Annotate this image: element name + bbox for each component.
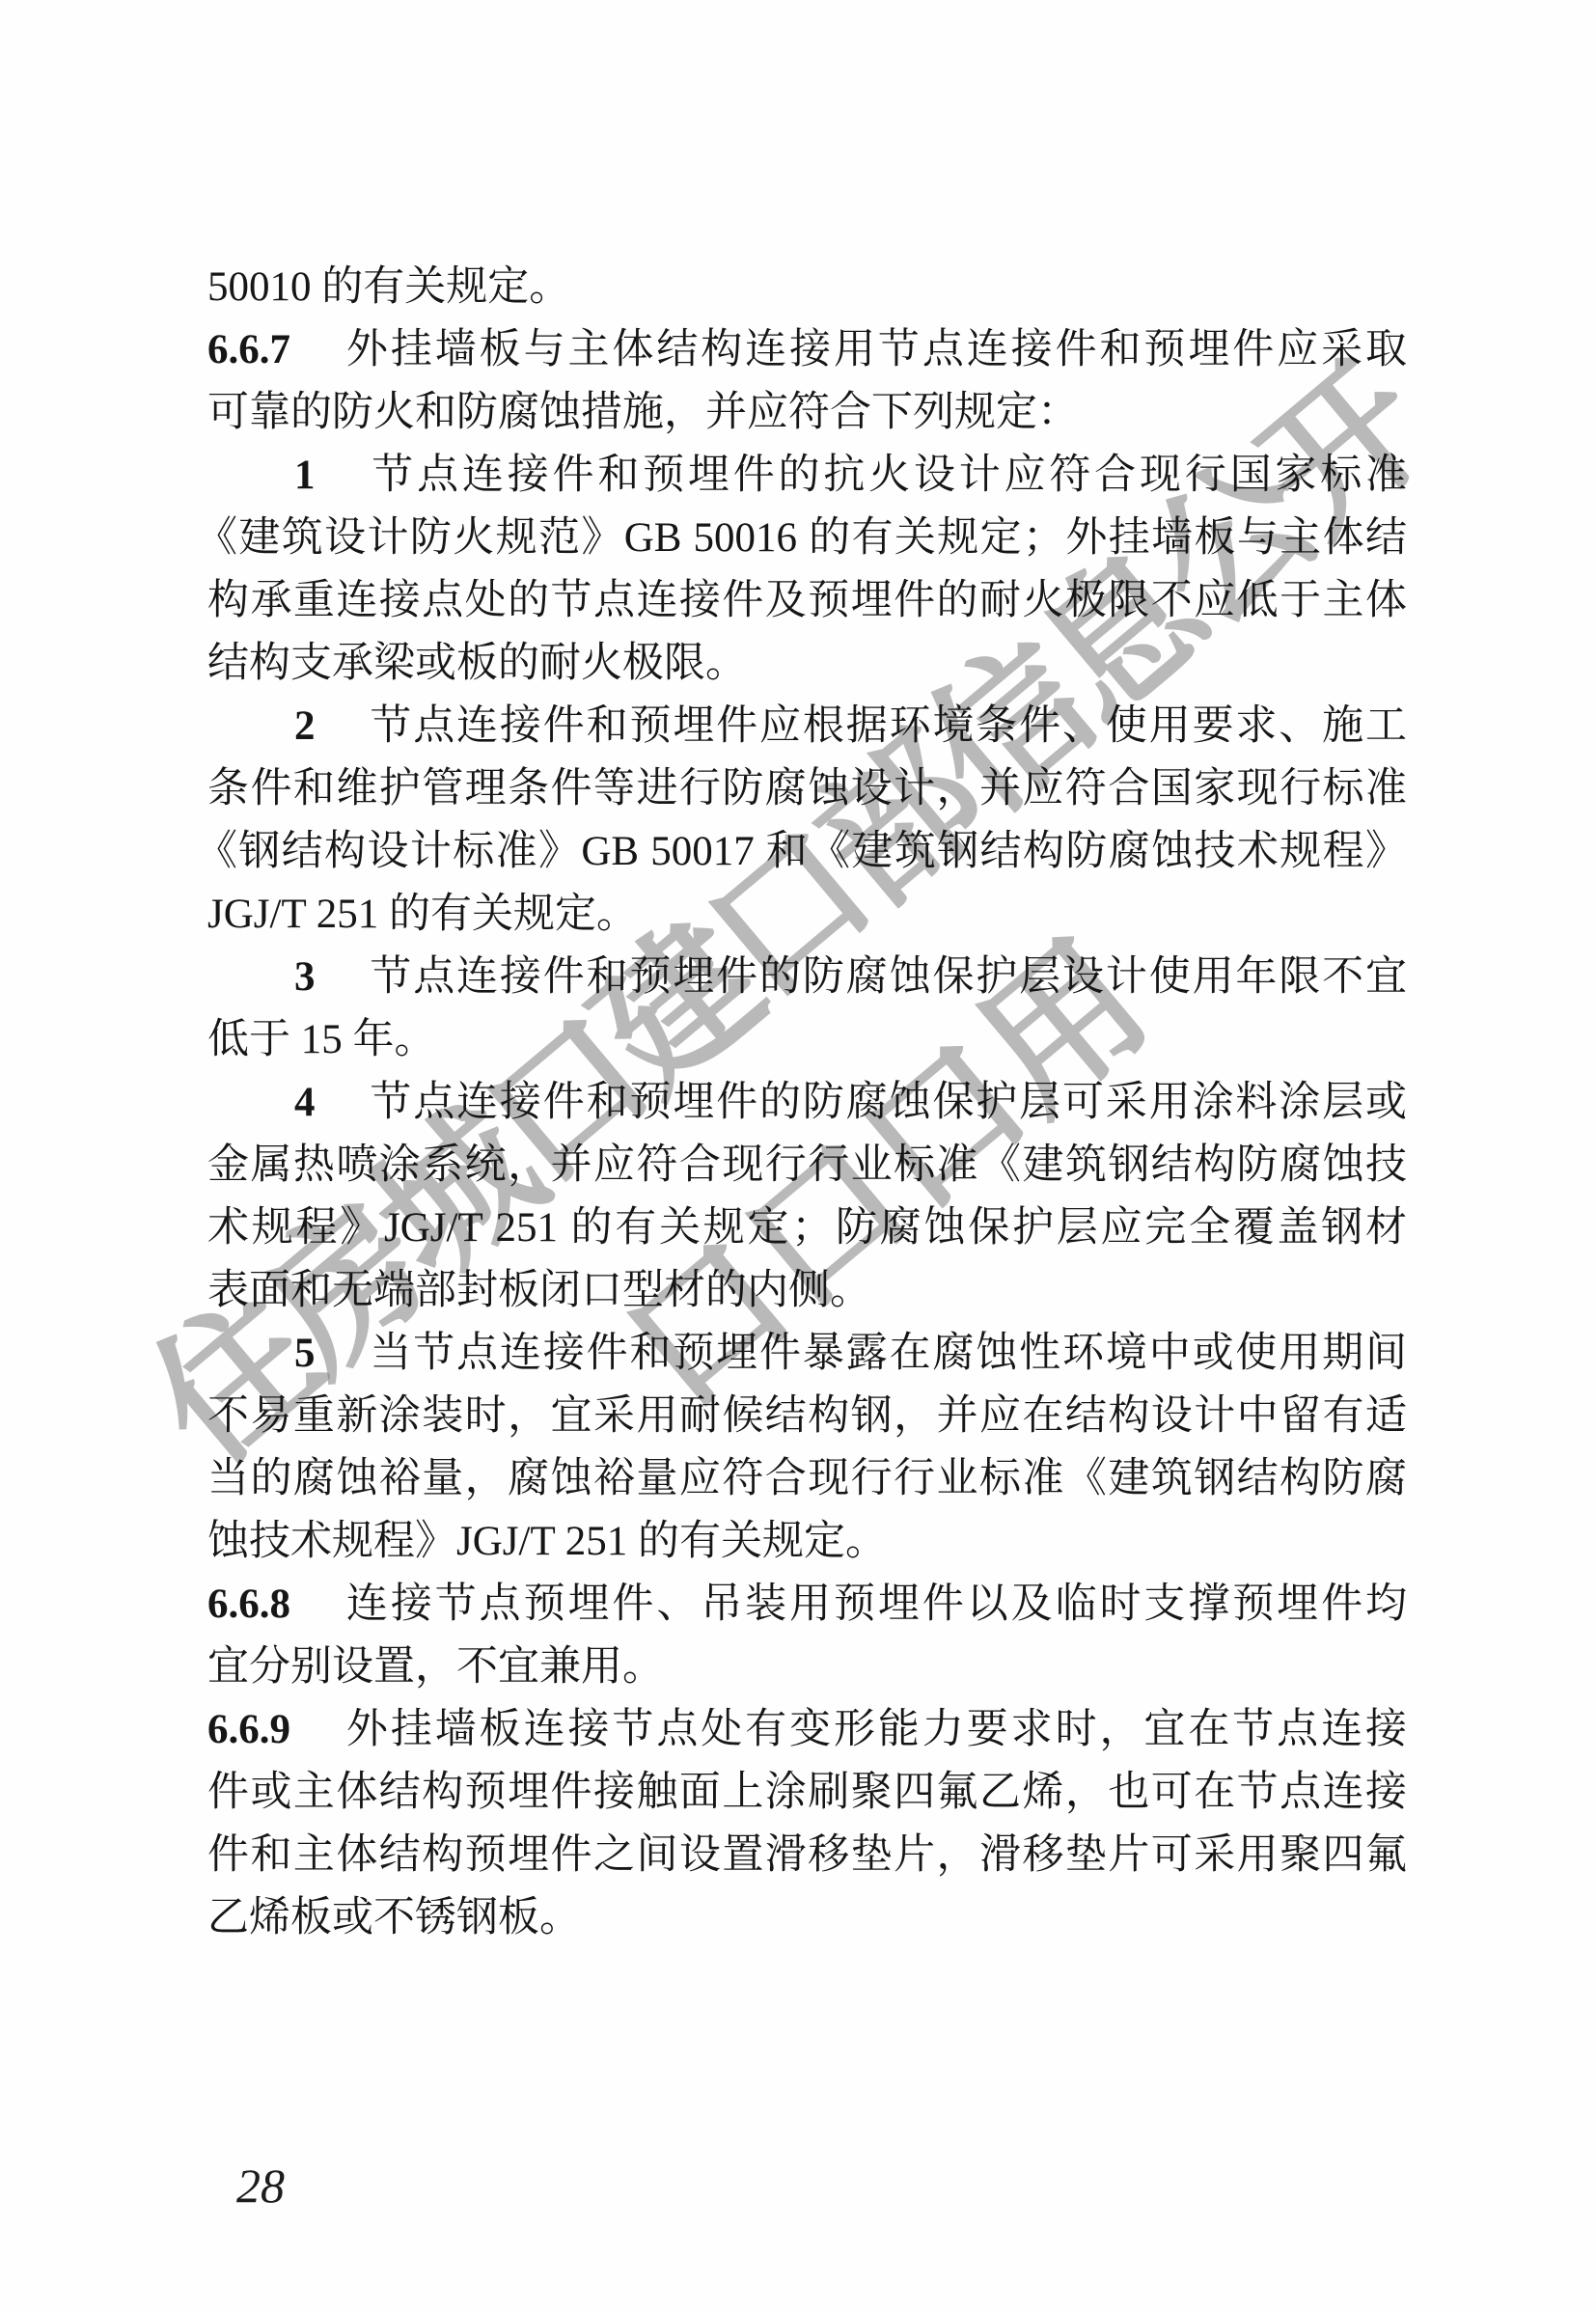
text-line: 表面和无端部封板闭口型材的内侧。: [207, 1259, 1407, 1322]
line-text: 结构支承梁或板的耐火极限。: [207, 641, 747, 686]
clause-number: 6.6.8: [207, 1582, 290, 1627]
clause-number: 1: [294, 453, 316, 498]
line-text: 连接节点预埋件、吊装用预埋件以及临时支撑预埋件均: [344, 1582, 1407, 1627]
clause-number: 6.6.9: [207, 1707, 290, 1752]
line-text: 《钢结构设计标准》GB 50017 和《建筑钢结构防腐蚀技术规程》: [196, 829, 1407, 874]
line-text: 当的腐蚀裕量，腐蚀裕量应符合现行行业标准《建筑钢结构防腐: [207, 1456, 1407, 1501]
line-text: 节点连接件和预埋件的防腐蚀保护层设计使用年限不宜: [369, 954, 1408, 1000]
line-text: 表面和无端部封板闭口型材的内侧。: [207, 1268, 871, 1313]
text-line: 6.6.8连接节点预埋件、吊装用预埋件以及临时支撑预埋件均: [207, 1573, 1407, 1636]
text-line: 4节点连接件和预埋件的防腐蚀保护层可采用涂料涂层或: [207, 1071, 1407, 1134]
line-text: 宜分别设置，不宜兼用。: [207, 1644, 664, 1690]
text-line: 50010 的有关规定。: [207, 256, 1407, 318]
text-line: 构承重连接点处的节点连接件及预埋件的耐火极限不应低于主体: [207, 569, 1407, 632]
line-text: 《建筑设计防火规范》GB 50016 的有关规定；外挂墙板与主体结: [196, 515, 1407, 561]
text-line: 条件和维护管理条件等进行防腐蚀设计，并应符合国家现行标准: [207, 757, 1407, 820]
text-line: 2节点连接件和预埋件应根据环境条件、使用要求、施工: [207, 695, 1407, 757]
text-line: 6.6.7外挂墙板与主体结构连接用节点连接件和预埋件应采取: [207, 318, 1407, 381]
line-text: 术规程》JGJ/T 251 的有关规定；防腐蚀保护层应完全覆盖钢材: [207, 1205, 1407, 1251]
line-text: JGJ/T 251 的有关规定。: [207, 892, 638, 937]
line-text: 构承重连接点处的节点连接件及预埋件的耐火极限不应低于主体: [207, 578, 1407, 623]
line-text: 条件和维护管理条件等进行防腐蚀设计，并应符合国家现行标准: [207, 766, 1407, 812]
text-line: 《钢结构设计标准》GB 50017 和《建筑钢结构防腐蚀技术规程》: [196, 820, 1407, 883]
text-line: 低于 15 年。: [207, 1008, 1407, 1071]
text-line: 3节点连接件和预埋件的防腐蚀保护层设计使用年限不宜: [207, 946, 1407, 1008]
line-text: 当节点连接件和预埋件暴露在腐蚀性环境中或使用期间: [369, 1331, 1408, 1376]
line-text: 节点连接件和预埋件的抗火设计应符合现行国家标准: [369, 453, 1408, 498]
clause-number: 3: [294, 954, 316, 1000]
clause-number: 2: [294, 703, 316, 749]
line-text: 外挂墙板连接节点处有变形能力要求时，宜在节点连接: [344, 1707, 1407, 1752]
line-text: 件和主体结构预埋件之间设置滑移垫片，滑移垫片可采用聚四氟: [207, 1832, 1407, 1878]
line-text: 50010 的有关规定。: [207, 264, 570, 310]
text-block: 50010 的有关规定。6.6.7外挂墙板与主体结构连接用节点连接件和预埋件应采…: [207, 256, 1407, 1949]
text-line: 可靠的防火和防腐蚀措施，并应符合下列规定：: [207, 381, 1407, 444]
line-text: 节点连接件和预埋件应根据环境条件、使用要求、施工: [369, 703, 1408, 749]
text-line: 宜分别设置，不宜兼用。: [207, 1636, 1407, 1698]
text-line: 《建筑设计防火规范》GB 50016 的有关规定；外挂墙板与主体结: [196, 507, 1407, 569]
line-text: 乙烯板或不锈钢板。: [207, 1895, 581, 1940]
text-line: 当的腐蚀裕量，腐蚀裕量应符合现行行业标准《建筑钢结构防腐: [207, 1447, 1407, 1510]
line-text: 可靠的防火和防腐蚀措施，并应符合下列规定：: [207, 390, 1079, 435]
text-line: 蚀技术规程》JGJ/T 251 的有关规定。: [207, 1510, 1407, 1573]
line-text: 不易重新涂装时，宜采用耐候结构钢，并应在结构设计中留有适: [207, 1393, 1407, 1439]
text-line: 乙烯板或不锈钢板。: [207, 1886, 1407, 1949]
text-line: 结构支承梁或板的耐火极限。: [207, 632, 1407, 695]
clause-number: 4: [294, 1080, 316, 1125]
line-text: 蚀技术规程》JGJ/T 251 的有关规定。: [207, 1519, 887, 1564]
text-line: 6.6.9外挂墙板连接节点处有变形能力要求时，宜在节点连接: [207, 1698, 1407, 1761]
text-line: 件或主体结构预埋件接触面上涂刷聚四氟乙烯，也可在节点连接: [207, 1761, 1407, 1824]
text-line: JGJ/T 251 的有关规定。: [207, 883, 1407, 946]
text-line: 件和主体结构预埋件之间设置滑移垫片，滑移垫片可采用聚四氟: [207, 1824, 1407, 1886]
text-line: 金属热喷涂系统，并应符合现行行业标准《建筑钢结构防腐蚀技: [207, 1134, 1407, 1197]
line-text: 节点连接件和预埋件的防腐蚀保护层可采用涂料涂层或: [369, 1080, 1408, 1125]
document-page: 住房城口建口部信息公开 口口口用 50010 的有关规定。6.6.7外挂墙板与主…: [0, 0, 1596, 2311]
line-text: 件或主体结构预埋件接触面上涂刷聚四氟乙烯，也可在节点连接: [207, 1770, 1407, 1815]
clause-number: 5: [294, 1331, 316, 1376]
text-line: 5当节点连接件和预埋件暴露在腐蚀性环境中或使用期间: [207, 1322, 1407, 1385]
page-number: 28: [236, 2158, 285, 2214]
text-line: 术规程》JGJ/T 251 的有关规定；防腐蚀保护层应完全覆盖钢材: [207, 1197, 1407, 1259]
line-text: 低于 15 年。: [207, 1017, 436, 1062]
line-text: 外挂墙板与主体结构连接用节点连接件和预埋件应采取: [344, 327, 1407, 372]
text-line: 1节点连接件和预埋件的抗火设计应符合现行国家标准: [207, 444, 1407, 507]
text-line: 不易重新涂装时，宜采用耐候结构钢，并应在结构设计中留有适: [207, 1385, 1407, 1447]
line-text: 金属热喷涂系统，并应符合现行行业标准《建筑钢结构防腐蚀技: [207, 1142, 1407, 1188]
clause-number: 6.6.7: [207, 327, 290, 372]
